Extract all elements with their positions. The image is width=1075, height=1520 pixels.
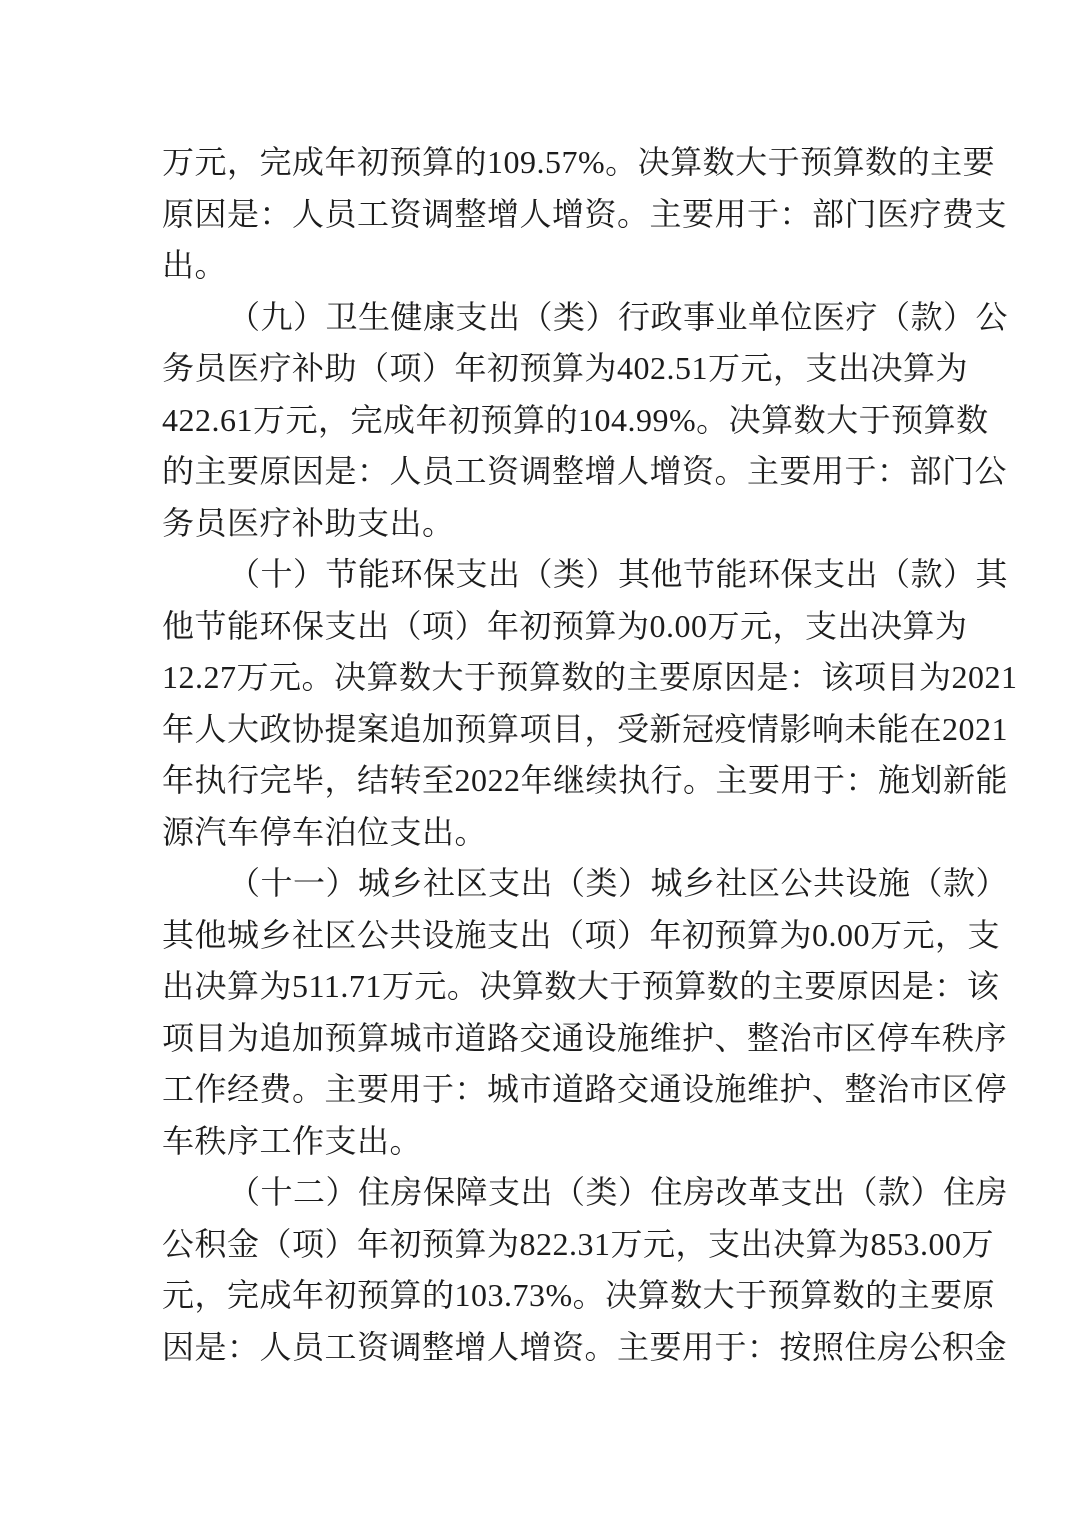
- text-line: 12.27万元。决算数大于预算数的主要原因是：该项目为2021: [162, 652, 916, 704]
- text-line: 原因是：人员工资调整增人增资。主要用于：部门医疗费支: [162, 189, 916, 241]
- text-line: （十）节能环保支出（类）其他节能环保支出（款）其: [162, 549, 916, 601]
- text-line: （十二）住房保障支出（类）住房改革支出（款）住房: [162, 1167, 916, 1219]
- text-line: 他节能环保支出（项）年初预算为0.00万元，支出决算为: [162, 601, 916, 653]
- text-line: 出决算为511.71万元。决算数大于预算数的主要原因是：该: [162, 961, 916, 1013]
- document-body: 万元，完成年初预算的109.57%。决算数大于预算数的主要原因是：人员工资调整增…: [162, 137, 916, 1373]
- text-line: 源汽车停车泊位支出。: [162, 807, 916, 859]
- text-line: 422.61万元，完成年初预算的104.99%。决算数大于预算数: [162, 395, 916, 447]
- text-line: 工作经费。主要用于：城市道路交通设施维护、整治市区停: [162, 1064, 916, 1116]
- text-line: 的主要原因是：人员工资调整增人增资。主要用于：部门公: [162, 446, 916, 498]
- text-line: 万元，完成年初预算的109.57%。决算数大于预算数的主要: [162, 137, 916, 189]
- text-line: （九）卫生健康支出（类）行政事业单位医疗（款）公: [162, 292, 916, 344]
- text-line: 其他城乡社区公共设施支出（项）年初预算为0.00万元，支: [162, 910, 916, 962]
- text-line: 公积金（项）年初预算为822.31万元，支出决算为853.00万: [162, 1219, 916, 1271]
- text-line: 车秩序工作支出。: [162, 1116, 916, 1168]
- document-page: 万元，完成年初预算的109.57%。决算数大于预算数的主要原因是：人员工资调整增…: [0, 0, 1075, 1520]
- text-line: 年人大政协提案追加预算项目，受新冠疫情影响未能在2021: [162, 704, 916, 756]
- text-line: 年执行完毕，结转至2022年继续执行。主要用于：施划新能: [162, 755, 916, 807]
- text-line: 项目为追加预算城市道路交通设施维护、整治市区停车秩序: [162, 1013, 916, 1065]
- text-line: 出。: [162, 240, 916, 292]
- text-line: 元，完成年初预算的103.73%。决算数大于预算数的主要原: [162, 1270, 916, 1322]
- text-line: 务员医疗补助支出。: [162, 498, 916, 550]
- text-line: 务员医疗补助（项）年初预算为402.51万元，支出决算为: [162, 343, 916, 395]
- text-line: 因是：人员工资调整增人增资。主要用于：按照住房公积金: [162, 1322, 916, 1374]
- text-line: （十一）城乡社区支出（类）城乡社区公共设施（款）: [162, 858, 916, 910]
